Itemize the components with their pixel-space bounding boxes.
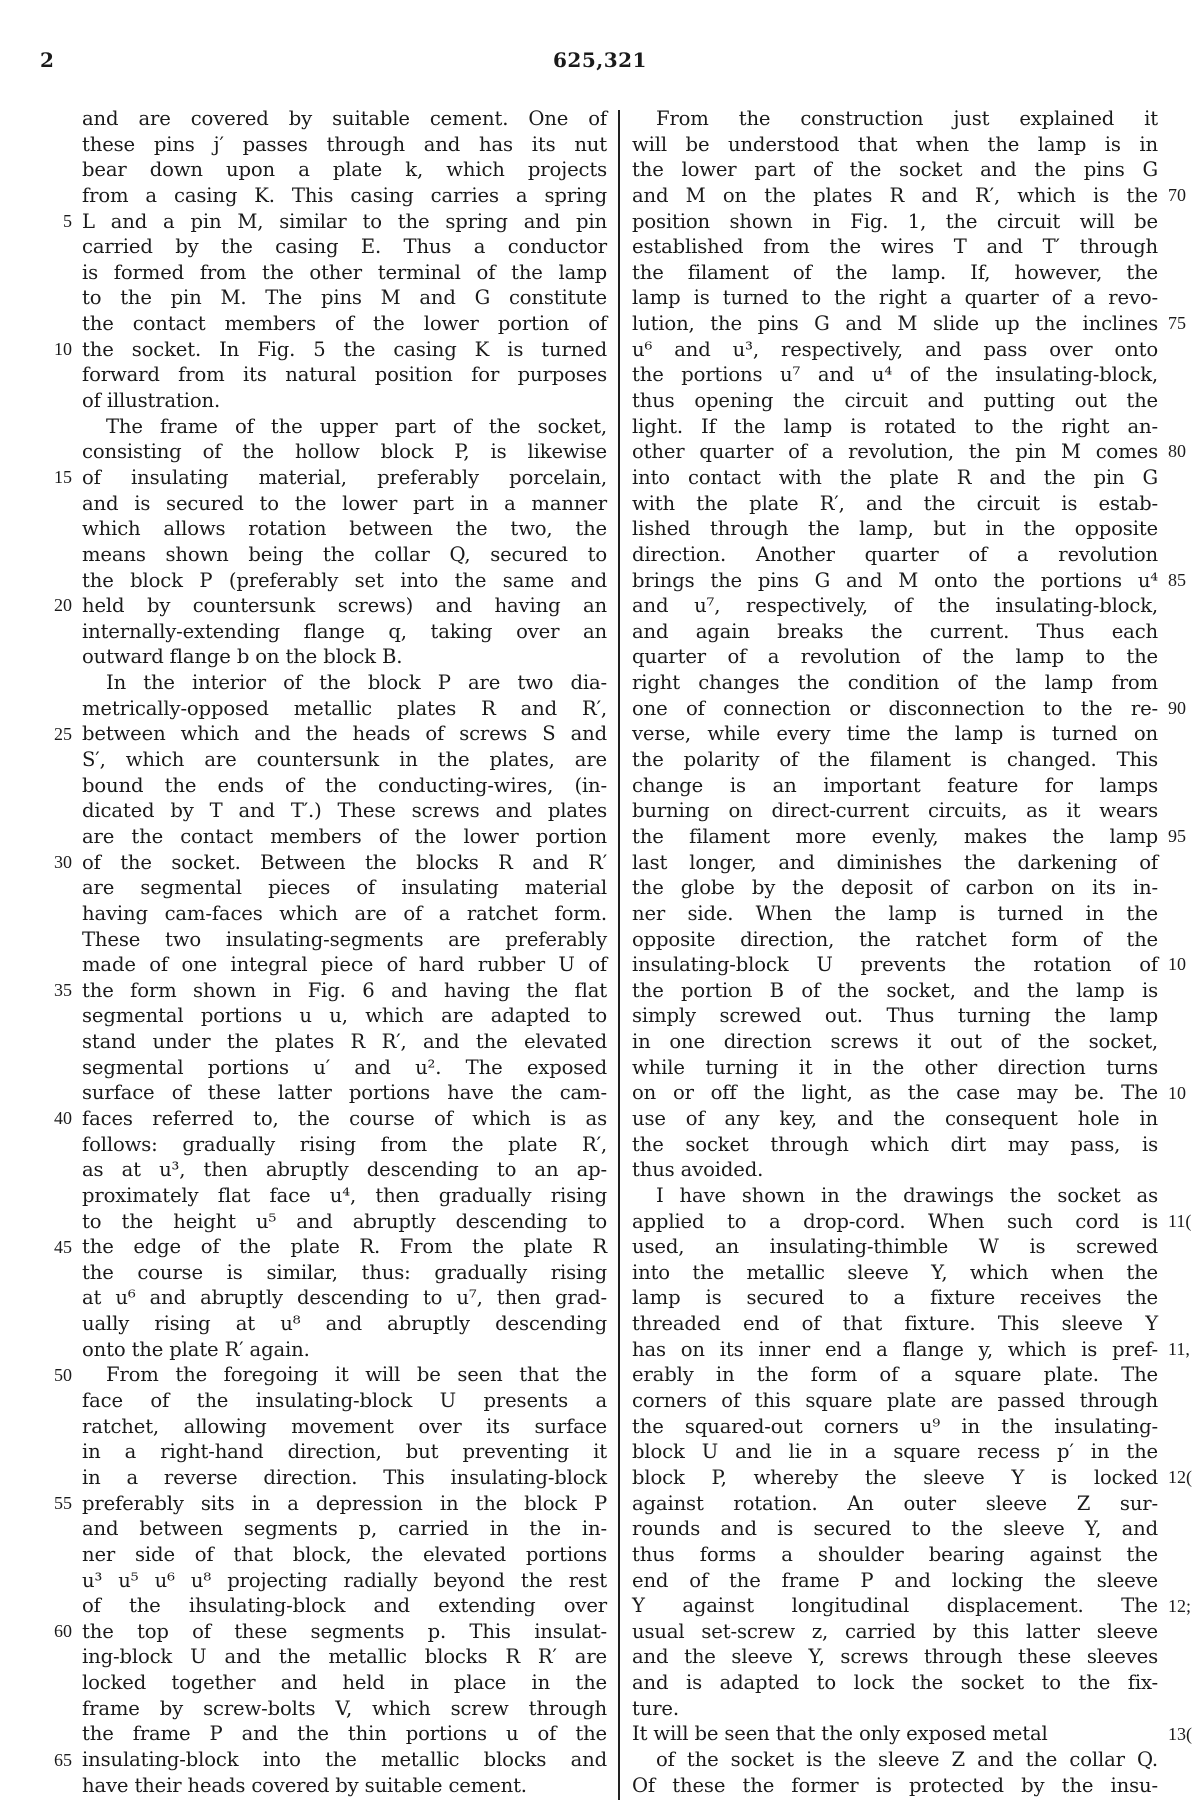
- margin-line-number: 25: [38, 722, 72, 748]
- text-line: is formed from the other terminal of the…: [82, 260, 607, 286]
- text-line: thus forms a shoulder bearing against th…: [632, 1542, 1158, 1568]
- text-line: bound the ends of the conducting-wires, …: [82, 773, 607, 799]
- text-line: of the socket. Between the blocks R and …: [82, 850, 607, 876]
- text-line: forward from its natural position for pu…: [82, 362, 607, 388]
- text-line: bear down upon a plate k, which projects: [82, 157, 607, 183]
- text-line: of the ihsulating-block and extending ov…: [82, 1593, 607, 1619]
- text-line: change is an important feature for lamps: [632, 773, 1158, 799]
- text-line: u⁶ and u³, respectively, and pass over o…: [632, 337, 1158, 363]
- text-line: threaded end of that fixture. This sleev…: [632, 1311, 1158, 1337]
- text-line: ner side. When the lamp is turned in the: [632, 901, 1158, 927]
- text-line: outward flange b on the block B.: [82, 644, 607, 670]
- text-line: frame by screw-bolts V, which screw thro…: [82, 1696, 607, 1722]
- text-line: while turning it in the other direction …: [632, 1055, 1158, 1081]
- text-line: of insulating material, preferably porce…: [82, 465, 607, 491]
- text-line: the filament of the lamp. If, however, t…: [632, 260, 1158, 286]
- text-line: held by countersunk screws) and having a…: [82, 593, 607, 619]
- text-line: block P, whereby the sleeve Y is locked: [632, 1465, 1158, 1491]
- text-line: block U and lie in a square recess p′ in…: [632, 1439, 1158, 1465]
- text-line: light. If the lamp is rotated to the rig…: [632, 414, 1158, 440]
- text-line: proximately flat face u⁴, then gradually…: [82, 1183, 607, 1209]
- text-line: applied to a drop-cord. When such cord i…: [632, 1209, 1158, 1235]
- margin-line-number: 5: [38, 209, 72, 235]
- text-line: and is adapted to lock the socket to the…: [632, 1670, 1158, 1696]
- text-line: and u⁷, respectively, of the insulating-…: [632, 593, 1158, 619]
- text-line: from a casing K. This casing carries a s…: [82, 183, 607, 209]
- text-line: are segmental pieces of insulating mater…: [82, 875, 607, 901]
- margin-line-number: 20: [38, 593, 72, 619]
- text-line: and the sleeve Y, screws through these s…: [632, 1644, 1158, 1670]
- margin-line-number: 35: [38, 978, 72, 1004]
- margin-line-number: 15: [38, 465, 72, 491]
- text-line: with the plate R′, and the circuit is es…: [632, 491, 1158, 517]
- text-line: L and a pin M, similar to the spring and…: [82, 209, 607, 235]
- text-line: I have shown in the drawings the socket …: [632, 1183, 1158, 1209]
- margin-line-number: 65: [38, 1748, 72, 1774]
- text-line: locked together and held in place in the: [82, 1670, 607, 1696]
- margin-line-number: 12(: [1168, 1465, 1200, 1491]
- text-line: u³ u⁵ u⁶ u⁸ projecting radially beyond t…: [82, 1568, 607, 1594]
- text-line: quarter of a revolution of the lamp to t…: [632, 644, 1158, 670]
- text-line: the block P (preferably set into the sam…: [82, 568, 607, 594]
- text-line: the contact members of the lower portion…: [82, 311, 607, 337]
- text-line: means shown being the collar Q, secured …: [82, 542, 607, 568]
- page-header: 2 625,321: [0, 48, 1200, 78]
- text-line: face of the insulating-block U presents …: [82, 1388, 607, 1414]
- text-line: These two insulating-segments are prefer…: [82, 927, 607, 953]
- text-line: of the socket is the sleeve Z and the co…: [632, 1747, 1158, 1773]
- text-line: made of one integral piece of hard rubbe…: [82, 952, 607, 978]
- text-line: Of these the former is protected by the …: [632, 1773, 1158, 1799]
- margin-line-number: 50: [38, 1363, 72, 1389]
- text-line: the polarity of the filament is changed.…: [632, 747, 1158, 773]
- text-line: the course is similar, thus: gradually r…: [82, 1260, 607, 1286]
- text-line: used, an insulating-thimble W is screwed: [632, 1234, 1158, 1260]
- text-line: usual set-screw z, carried by this latte…: [632, 1619, 1158, 1645]
- patent-number: 625,321: [0, 48, 1200, 72]
- text-line: having cam-faces which are of a ratchet …: [82, 901, 607, 927]
- text-line: surface of these latter portions have th…: [82, 1080, 607, 1106]
- margin-line-number: 30: [38, 850, 72, 876]
- text-line: segmental portions u′ and u². The expose…: [82, 1055, 607, 1081]
- text-line: of illustration.: [82, 388, 607, 414]
- text-line: ture.: [632, 1696, 1158, 1722]
- text-line: lution, the pins G and M slide up the in…: [632, 311, 1158, 337]
- margin-line-number: 70: [1168, 183, 1200, 209]
- text-line: rounds and is secured to the sleeve Y, a…: [632, 1516, 1158, 1542]
- text-line: In the interior of the block P are two d…: [82, 670, 607, 696]
- text-line: onto the plate R′ again.: [82, 1337, 607, 1363]
- margin-line-number: 11,: [1168, 1337, 1200, 1363]
- text-line: faces referred to, the course of which i…: [82, 1106, 607, 1132]
- margin-line-number: 85: [1168, 568, 1200, 594]
- margin-line-number: 75: [1168, 311, 1200, 337]
- text-line: follows: gradually rising from the plate…: [82, 1132, 607, 1158]
- text-line: internally-extending flange q, taking ov…: [82, 619, 607, 645]
- text-line: preferably sits in a depression in the b…: [82, 1491, 607, 1517]
- text-line: the frame P and the thin portions u of t…: [82, 1721, 607, 1747]
- text-line: to the height u⁵ and abruptly descending…: [82, 1209, 607, 1235]
- text-line: are the contact members of the lower por…: [82, 824, 607, 850]
- text-line: position shown in Fig. 1, the circuit wi…: [632, 209, 1158, 235]
- text-line: the squared-out corners u⁹ in the insula…: [632, 1414, 1158, 1440]
- text-line: against rotation. An outer sleeve Z sur-: [632, 1491, 1158, 1517]
- text-line: thus avoided.: [632, 1157, 1158, 1183]
- text-line: ually rising at u⁸ and abruptly descendi…: [82, 1311, 607, 1337]
- text-line: the socket. In Fig. 5 the casing K is tu…: [82, 337, 607, 363]
- text-line: use of any key, and the consequent hole …: [632, 1106, 1158, 1132]
- text-line: the edge of the plate R. From the plate …: [82, 1234, 607, 1260]
- text-line: last longer, and diminishes the darkenin…: [632, 850, 1158, 876]
- text-line: right changes the condition of the lamp …: [632, 670, 1158, 696]
- text-line: will be understood that when the lamp is…: [632, 132, 1158, 158]
- text-line: and again breaks the current. Thus each: [632, 619, 1158, 645]
- text-line: The frame of the upper part of the socke…: [82, 414, 607, 440]
- text-line: have their heads covered by suitable cem…: [82, 1773, 607, 1799]
- margin-line-number: 95: [1168, 824, 1200, 850]
- text-line: metrically-opposed metallic plates R and…: [82, 696, 607, 722]
- text-line: lished through the lamp, but in the oppo…: [632, 516, 1158, 542]
- text-line: the top of these segments p. This insula…: [82, 1619, 607, 1645]
- margin-line-number: 40: [38, 1106, 72, 1132]
- margin-line-number: 11(: [1168, 1209, 1200, 1235]
- margin-line-number: 80: [1168, 439, 1200, 465]
- text-line: the lower part of the socket and the pin…: [632, 157, 1158, 183]
- text-line: and M on the plates R and R′, which is t…: [632, 183, 1158, 209]
- margin-line-number: 45: [38, 1235, 72, 1261]
- text-line: insulating-block into the metallic block…: [82, 1747, 607, 1773]
- text-line: at u⁶ and abruptly descending to u⁷, the…: [82, 1285, 607, 1311]
- text-line: lamp is secured to a fixture receives th…: [632, 1285, 1158, 1311]
- text-line: in a reverse direction. This insulating-…: [82, 1465, 607, 1491]
- text-line: lamp is turned to the right a quarter of…: [632, 285, 1158, 311]
- text-line: established from the wires T and T′ thro…: [632, 234, 1158, 260]
- text-line: on or off the light, as the case may be.…: [632, 1080, 1158, 1106]
- margin-line-number: 12;: [1168, 1594, 1200, 1620]
- margin-line-number: 13(: [1168, 1722, 1200, 1748]
- text-line: Y against longitudinal displacement. The: [632, 1593, 1158, 1619]
- margin-line-number: 90: [1168, 696, 1200, 722]
- text-line: has on its inner end a flange y, which i…: [632, 1337, 1158, 1363]
- text-line: stand under the plates R R′, and the ele…: [82, 1029, 607, 1055]
- text-line: the socket through which dirt may pass, …: [632, 1132, 1158, 1158]
- text-line: the globe by the deposit of carbon on it…: [632, 875, 1158, 901]
- text-line: dicated by T and T′.) These screws and p…: [82, 798, 607, 824]
- text-line: From the foregoing it will be seen that …: [82, 1362, 607, 1388]
- text-line: burning on direct-current circuits, as i…: [632, 798, 1158, 824]
- right-column-text: From the construction just explained itw…: [632, 106, 1158, 1798]
- text-line: segmental portions u u, which are adapte…: [82, 1003, 607, 1029]
- text-line: the portions u⁷ and u⁴ of the insulating…: [632, 362, 1158, 388]
- text-line: and between segments p, carried in the i…: [82, 1516, 607, 1542]
- text-line: between which and the heads of screws S …: [82, 721, 607, 747]
- text-line: simply screwed out. Thus turning the lam…: [632, 1003, 1158, 1029]
- text-line: ner side of that block, the elevated por…: [82, 1542, 607, 1568]
- text-line: the filament more evenly, makes the lamp: [632, 824, 1158, 850]
- text-line: opposite direction, the ratchet form of …: [632, 927, 1158, 953]
- text-line: consisting of the hollow block P, is lik…: [82, 439, 607, 465]
- text-line: the portion B of the socket, and the lam…: [632, 978, 1158, 1004]
- margin-line-number: 10: [1168, 1081, 1200, 1107]
- text-line: and are covered by suitable cement. One …: [82, 106, 607, 132]
- text-line: into contact with the plate R and the pi…: [632, 465, 1158, 491]
- text-line: other quarter of a revolution, the pin M…: [632, 439, 1158, 465]
- text-line: in one direction screws it out of the so…: [632, 1029, 1158, 1055]
- text-line: in a right-hand direction, but preventin…: [82, 1439, 607, 1465]
- margin-line-number: 10: [1168, 952, 1200, 978]
- text-line: insulating-block U prevents the rotation…: [632, 952, 1158, 978]
- text-line: carried by the casing E. Thus a conducto…: [82, 234, 607, 260]
- text-line: as at u³, then abruptly descending to an…: [82, 1157, 607, 1183]
- text-line: and is secured to the lower part in a ma…: [82, 491, 607, 517]
- left-column-text: and are covered by suitable cement. One …: [82, 106, 607, 1798]
- text-line: From the construction just explained it: [632, 106, 1158, 132]
- text-line: verse, while every time the lamp is turn…: [632, 721, 1158, 747]
- text-line: which allows rotation between the two, t…: [82, 516, 607, 542]
- margin-line-number: 60: [38, 1619, 72, 1645]
- text-line: It will be seen that the only exposed me…: [632, 1721, 1158, 1747]
- text-line: one of connection or disconnection to th…: [632, 696, 1158, 722]
- text-line: ratchet, allowing movement over its surf…: [82, 1414, 607, 1440]
- text-line: brings the pins G and M onto the portion…: [632, 568, 1158, 594]
- text-line: erably in the form of a square plate. Th…: [632, 1362, 1158, 1388]
- text-line: direction. Another quarter of a revoluti…: [632, 542, 1158, 568]
- text-line: corners of this square plate are passed …: [632, 1388, 1158, 1414]
- column-divider: [618, 110, 620, 1800]
- text-line: the form shown in Fig. 6 and having the …: [82, 978, 607, 1004]
- text-line: into the metallic sleeve Y, which when t…: [632, 1260, 1158, 1286]
- text-line: ing-block U and the metallic blocks R R′…: [82, 1644, 607, 1670]
- margin-line-number: 10: [38, 337, 72, 363]
- margin-line-number: 55: [38, 1491, 72, 1517]
- text-line: these pins j′ passes through and has its…: [82, 132, 607, 158]
- text-line: thus opening the circuit and putting out…: [632, 388, 1158, 414]
- text-line: S′, which are countersunk in the plates,…: [82, 747, 607, 773]
- text-line: end of the frame P and locking the sleev…: [632, 1568, 1158, 1594]
- text-line: to the pin M. The pins M and G constitut…: [82, 285, 607, 311]
